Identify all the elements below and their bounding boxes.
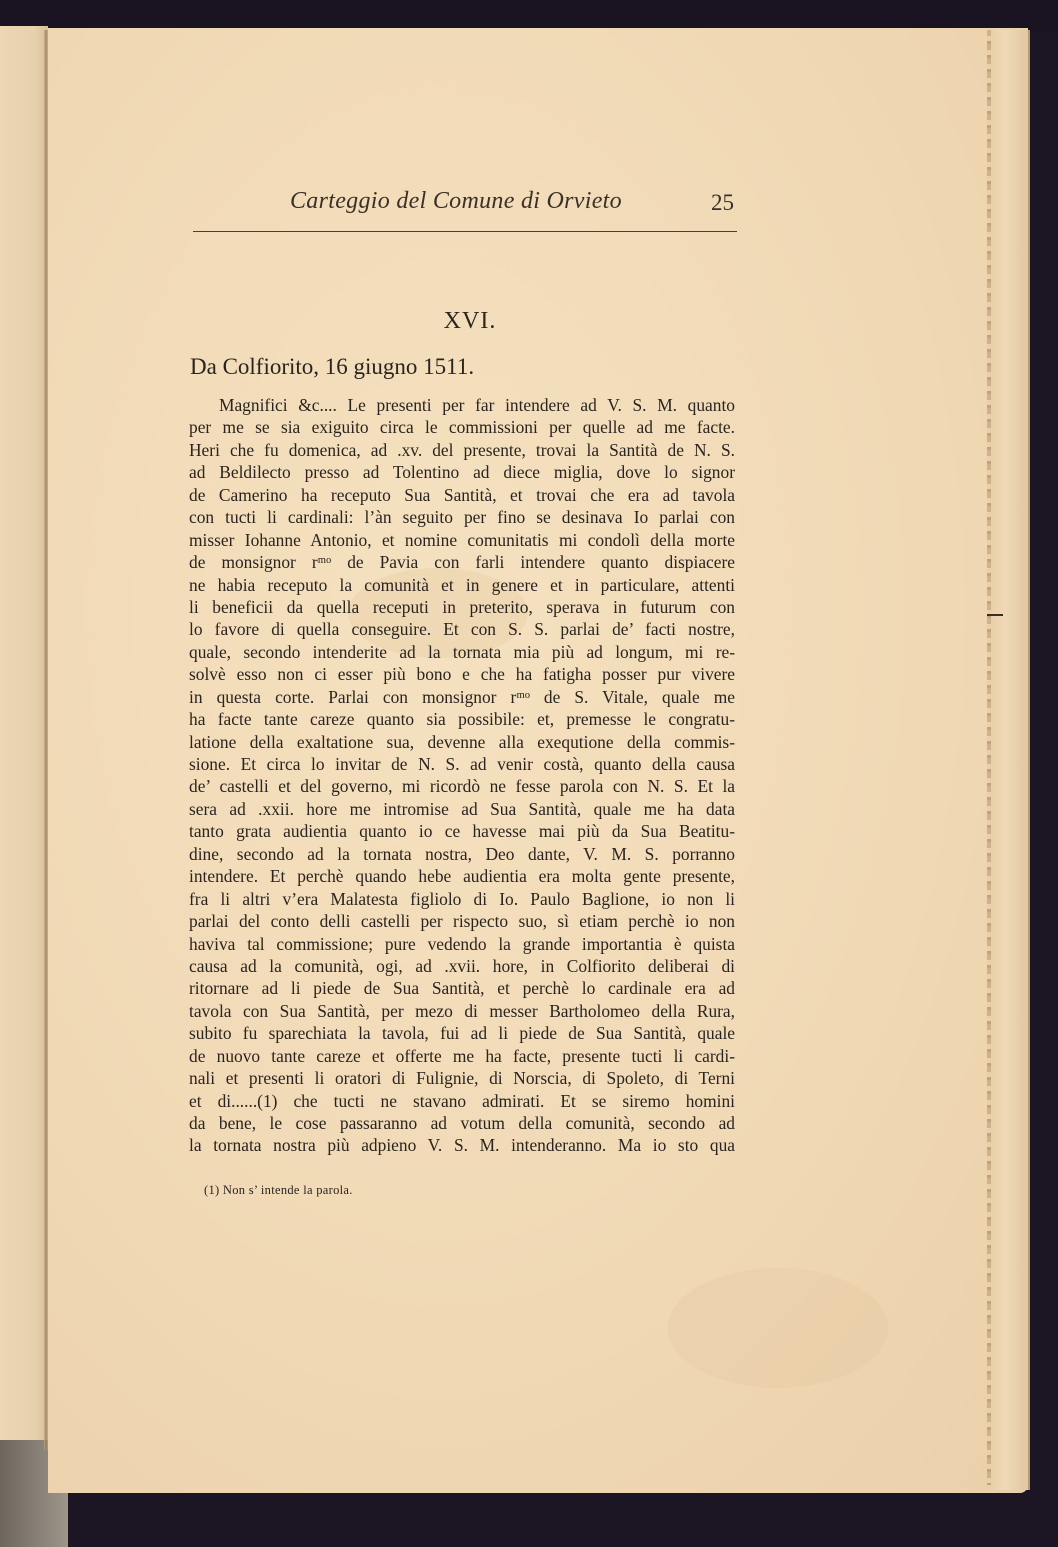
footnote: (1) Non s’ intende la parola.	[204, 1183, 353, 1198]
body-line: lo favore di quella conseguire. Et con S…	[189, 618, 735, 640]
section-number: XVI.	[190, 308, 750, 335]
body-line: ne habia receputo la comunità et in gene…	[189, 574, 735, 596]
torn-edge	[987, 30, 991, 1485]
letter-dateline: Da Colfiorito, 16 giugno 1511.	[190, 354, 474, 380]
body-line: nali et presenti li oratori di Fulignie,…	[189, 1067, 735, 1089]
body-line: con tucti li cardinali: l’àn seguito per…	[189, 506, 735, 528]
page-number: 25	[711, 190, 734, 216]
body-line: latione della exaltatione sua, devenne a…	[189, 731, 735, 753]
body-line: tanto grata audientia quanto io ce haves…	[189, 820, 735, 842]
body-line: haviva tal commissione; pure vedendo la …	[189, 933, 735, 955]
body-line: intendere. Et perchè quando hebe audient…	[189, 865, 735, 887]
paper-stain	[668, 1268, 888, 1388]
header-rule	[193, 231, 737, 232]
margin-mark	[987, 614, 1003, 616]
body-line: in questa corte. Parlai con monsignor rᵐ…	[189, 686, 735, 708]
running-header: Carteggio del Comune di Orvieto 25	[193, 186, 738, 222]
facing-page-edge	[0, 26, 48, 1441]
body-line: li beneficii da quella receputi in prete…	[189, 596, 735, 618]
body-line: la tornata nostra più adpieno V. S. M. i…	[189, 1134, 735, 1156]
body-line: subito fu sparechiata la tavola, fui ad …	[189, 1022, 735, 1044]
body-line: tavola con Sua Santità, per mezo di mess…	[189, 1000, 735, 1022]
body-line: sione. Et circa lo invitar de N. S. ad v…	[189, 753, 735, 775]
body-line: de monsignor rᵐᵒ de Pavia con farli inte…	[189, 551, 735, 573]
spine-gutter	[44, 30, 48, 1450]
body-line: causa ad la comunità, ogi, ad .xvii. hor…	[189, 955, 735, 977]
body-line: Magnifici &c.... Le presenti per far int…	[189, 394, 735, 416]
body-line: de Camerino ha receputo Sua Santità, et …	[189, 484, 735, 506]
body-line: misser Iohanne Antonio, et nomine comuni…	[189, 529, 735, 551]
body-line: Heri che fu domenica, ad .xv. del presen…	[189, 439, 735, 461]
body-line: de nuovo tante careze et offerte me ha f…	[189, 1045, 735, 1067]
body-line: per me se sia exiguito circa le commissi…	[189, 416, 735, 438]
body-line: quale, secondo intenderite ad la tornata…	[189, 641, 735, 663]
body-line: ha facte tante careze quanto sia possibi…	[189, 708, 735, 730]
body-line: fra li altri v’era Malatesta figliolo di…	[189, 888, 735, 910]
body-line: sera ad .xxii. hore me intromise ad Sua …	[189, 798, 735, 820]
body-line: parlai del conto delli castelli per risp…	[189, 910, 735, 932]
body-line: et di......(1) che tucti ne stavano admi…	[189, 1090, 735, 1112]
body-line: da bene, le cose passaranno ad votum del…	[189, 1112, 735, 1134]
body-line: dine, secondo ad la tornata nostra, Deo …	[189, 843, 735, 865]
uncut-page-edge	[990, 30, 1030, 1490]
body-line: solvè esso non ci esser più bono e che h…	[189, 663, 735, 685]
body-line: ritornare ad li piede de Sua Santità, et…	[189, 977, 735, 999]
running-title: Carteggio del Comune di Orvieto	[290, 188, 622, 215]
body-line: de’ castelli et del governo, mi ricordò …	[189, 775, 735, 797]
letter-body: Magnifici &c.... Le presenti per far int…	[189, 394, 735, 1157]
body-line: ad Beldilecto presso ad Tolentino ad die…	[189, 461, 735, 483]
